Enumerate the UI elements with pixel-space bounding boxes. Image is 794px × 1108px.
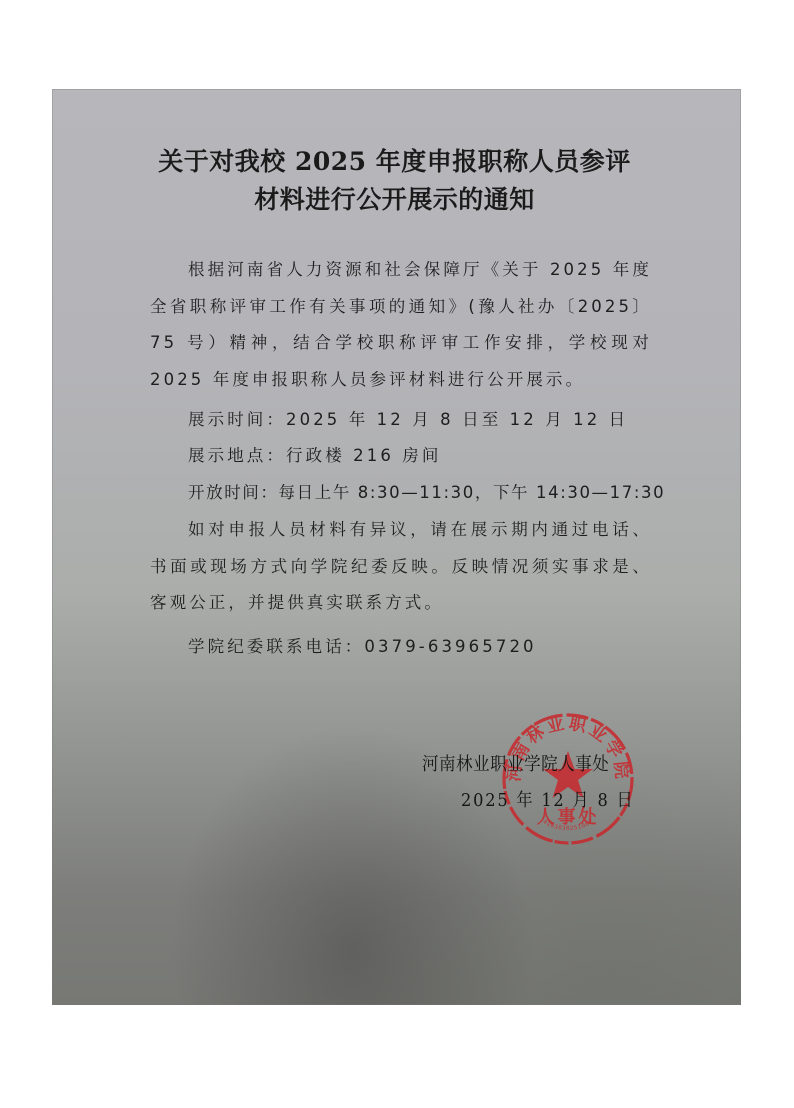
display-time-label: 展示时间： [188, 410, 286, 429]
open-hours-label: 开放时间： [188, 483, 279, 502]
objection-paragraph-text: 如对申报人员材料有异议，请在展示期内通过电话、书面或现场方式向学院纪委反映。反映… [150, 512, 652, 622]
display-place-value: 行政楼 216 房间 [286, 446, 441, 465]
intro-paragraph: 根据河南省人力资源和社会保障厅《关于 2025 年度全省职称评审工作有关事项的通… [150, 252, 652, 398]
open-hours-value: 每日上午 8:30—11:30，下午 14:30—17:30 [279, 483, 666, 502]
signature-organization: 河南林业职业学院人事处 [422, 750, 609, 776]
display-time-line: 展示时间：2025 年 12 月 8 日至 12 月 12 日 [150, 402, 652, 439]
display-time-value: 2025 年 12 月 8 日至 12 月 12 日 [286, 410, 628, 429]
contact-phone-value: 0379-63965720 [364, 637, 536, 656]
objection-paragraph: 如对申报人员材料有异议，请在展示期内通过电话、书面或现场方式向学院纪委反映。反映… [150, 512, 652, 622]
display-place-line: 展示地点：行政楼 216 房间 [150, 438, 652, 475]
notice-title-line-1: 关于对我校 2025 年度申报职称人员参评 [52, 142, 739, 178]
open-hours-line: 开放时间：每日上午 8:30—11:30，下午 14:30—17:30 [150, 475, 652, 512]
notice-title-line-2: 材料进行公开展示的通知 [52, 180, 739, 216]
signature-date: 2025 年 12 月 8 日 [461, 786, 635, 812]
official-seal-icon: 河南林业职业学院 人事处 4103030251067 [500, 711, 636, 847]
contact-phone-line: 学院纪委联系电话：0379-63965720 [150, 629, 652, 666]
document-photo: 关于对我校 2025 年度申报职称人员参评 材料进行公开展示的通知 根据河南省人… [52, 89, 741, 1005]
contact-phone-label: 学院纪委联系电话： [188, 637, 364, 656]
intro-paragraph-text: 根据河南省人力资源和社会保障厅《关于 2025 年度全省职称评审工作有关事项的通… [150, 252, 652, 398]
display-place-label: 展示地点： [188, 446, 286, 465]
